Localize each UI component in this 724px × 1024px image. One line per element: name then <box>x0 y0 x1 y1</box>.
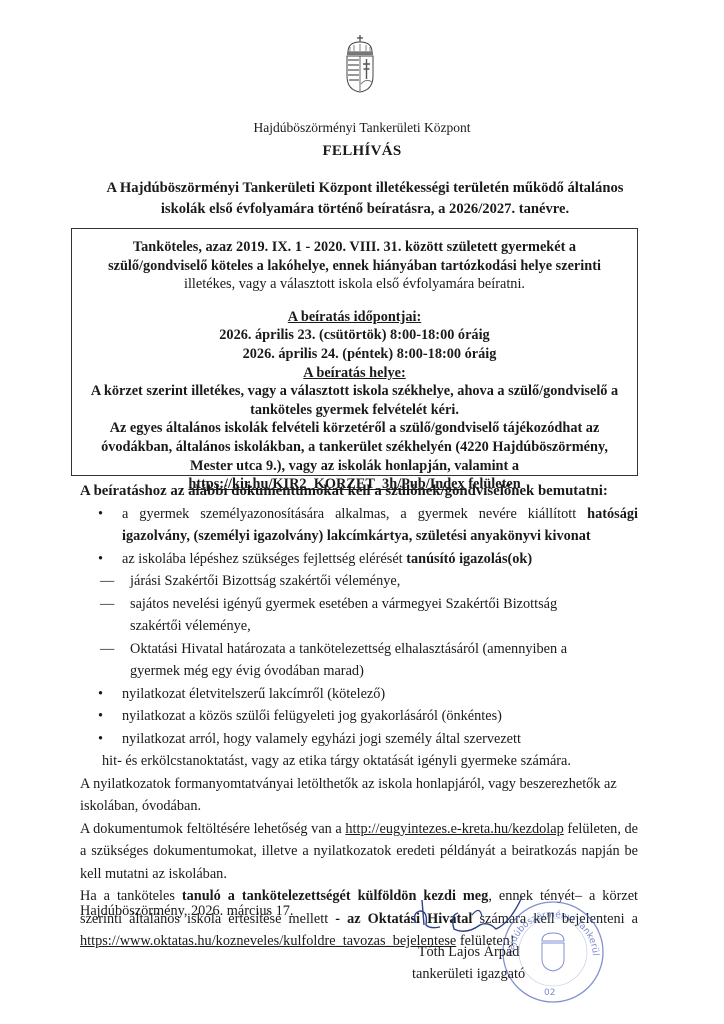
coat-of-arms-icon <box>340 34 380 94</box>
documents-list: • a gyermek személyazonosítására alkalma… <box>80 503 638 773</box>
sub-list-item: —Oktatási Hivatal határozata a tankötele… <box>100 638 638 683</box>
item-text: nyilatkozat arról, hogy valamely egyházi… <box>122 731 521 747</box>
list-item: • nyilatkozat életvitelszerű lakcímről (… <box>80 683 638 706</box>
place-line: Az egyes általános iskolák felvételi kör… <box>72 419 637 438</box>
item-text: nyilatkozat a közös szülői felügyeleti j… <box>122 708 502 724</box>
item-text-bold: tanúsító igazolás(ok) <box>406 551 532 567</box>
sub-list-item: —sajátos nevelési igényű gyermek esetébe… <box>100 593 638 638</box>
dash-icon: — <box>100 593 114 616</box>
documents-lead: A beíratáshoz az alábbi dokumentumokat k… <box>80 480 638 503</box>
list-item: • nyilatkozat a közös szülői felügyeleti… <box>80 705 638 728</box>
ekreta-link[interactable]: http://eugyintezes.e-kreta.hu/kezdolap <box>345 821 563 837</box>
place-line: óvodákban, általános iskolákban, a tanke… <box>72 438 637 457</box>
place-heading: A beíratás helye: <box>72 364 637 383</box>
bullet-icon: • <box>98 548 103 571</box>
upload-paragraph: A dokumentumok feltöltésére lehetőség va… <box>80 818 638 886</box>
item-text: a gyermek személyazonosítására alkalmas,… <box>122 506 587 522</box>
place-line: Mester utca 9.), vagy az iskolák honlapj… <box>72 457 637 476</box>
enrollment-date-1: 2026. április 23. (csütörtök) 8:00-18:00… <box>72 326 637 345</box>
intro-line: illetékes, vagy a választott iskola első… <box>72 275 637 294</box>
sub-list-item: —járási Szakértői Bizottság szakértői vé… <box>100 570 638 593</box>
signer-title: tankerületi igazgató <box>412 963 525 985</box>
signature-icon <box>410 895 530 945</box>
enrollment-date-2: 2026. április 24. (péntek) 8:00-18:00 ór… <box>72 345 637 364</box>
forms-paragraph: A nyilatkozatok formanyomtatványai letöl… <box>80 773 638 818</box>
signer-block: Tóth Lajos Árpád tankerületi igazgató <box>412 941 525 985</box>
document-body: A beíratáshoz az alábbi dokumentumokat k… <box>80 480 638 953</box>
list-item: • az iskolába lépéshez szükséges fejlett… <box>80 548 638 683</box>
enrollment-info-box: Tanköteles, azaz 2019. IX. 1 - 2020. VII… <box>71 228 638 476</box>
place-line: tanköteles gyermek felvételét kéri. <box>72 401 637 420</box>
bullet-icon: • <box>98 683 103 706</box>
document-title: FELHÍVÁS <box>0 143 724 160</box>
organization-name: Hajdúböszörményi Tankerületi Központ <box>0 120 724 136</box>
signer-name: Tóth Lajos Árpád <box>412 941 525 963</box>
item-text: az iskolába lépéshez szükséges fejlettsé… <box>122 551 406 567</box>
oktatas-link[interactable]: https://www.oktatas.hu/kozneveles/kulfol… <box>80 933 456 949</box>
item-text: nyilatkozat életvitelszerű lakcímről (kö… <box>122 686 385 702</box>
sub-item-text: sajátos nevelési igényű gyermek esetében… <box>130 596 557 635</box>
stamp-number: 02 <box>544 988 555 998</box>
paragraph-text: A dokumentumok feltöltésére lehetőség va… <box>80 821 345 837</box>
sub-item-text: Oktatási Hivatal határozata a tankötelez… <box>130 641 567 680</box>
subtitle-line: iskolák első évfolyamára történő beíratá… <box>100 199 630 220</box>
dash-icon: — <box>100 570 114 593</box>
sub-item-text: járási Szakértői Bizottság szakértői vél… <box>130 573 400 589</box>
place-and-date: Hajdúböszörmény, 2026. március 17. <box>80 903 293 920</box>
paragraph-text: Ha a tanköteles <box>80 888 182 904</box>
list-item: • a gyermek személyazonosítására alkalma… <box>80 503 638 548</box>
dates-heading: A beíratás időpontjai: <box>72 308 637 327</box>
intro-line: szülő/gondviselő köteles a lakóhelye, en… <box>72 257 637 276</box>
subtitle-line: A Hajdúböszörményi Tankerületi Központ i… <box>100 178 630 199</box>
item-text: hit- és erkölcstanoktatást, vagy az etik… <box>102 753 571 769</box>
bullet-icon: • <box>98 728 103 751</box>
document-subtitle: A Hajdúböszörményi Tankerületi Központ i… <box>100 178 630 220</box>
bullet-icon: • <box>98 503 103 526</box>
place-line: A körzet szerint illetékes, vagy a válas… <box>72 382 637 401</box>
dash-icon: — <box>100 638 114 661</box>
list-item: • nyilatkozat arról, hogy valamely egyhá… <box>80 728 638 773</box>
bullet-icon: • <box>98 705 103 728</box>
certificate-sublist: —járási Szakértői Bizottság szakértői vé… <box>100 570 638 683</box>
intro-line: Tanköteles, azaz 2019. IX. 1 - 2020. VII… <box>72 238 637 257</box>
